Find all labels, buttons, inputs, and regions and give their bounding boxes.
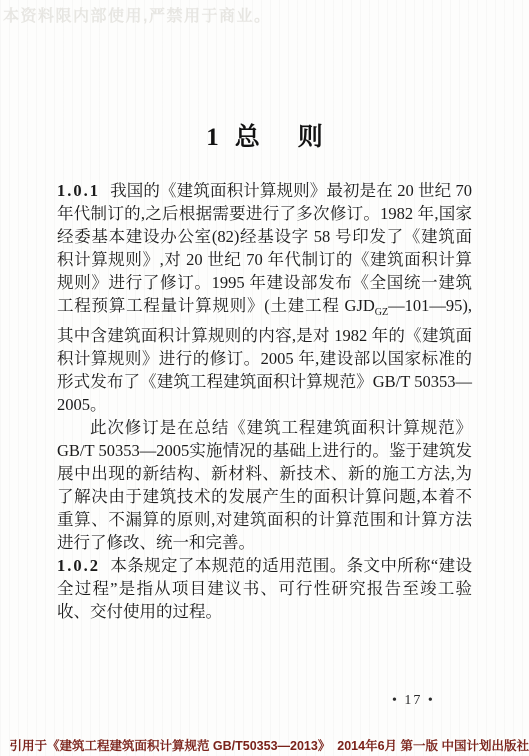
- chapter-number: 1: [206, 124, 219, 151]
- clause-1-0-1: 1.0.1我国的《建筑面积计算规则》最初是在 20 世纪 70 年代制订的,之后…: [57, 179, 472, 416]
- chapter-title-word-1: 总: [235, 124, 260, 151]
- internal-use-watermark: 本资料限内部使用,严禁用于商业。: [3, 3, 271, 26]
- scanned-document-page: 本资料限内部使用,严禁用于商业。 1总则 1.0.1我国的《建筑面积计算规则》最…: [0, 0, 529, 756]
- page-number: • 17 •: [392, 693, 435, 709]
- chapter-title: 1总则: [0, 117, 529, 153]
- clause-1-0-1-number: 1.0.1: [57, 181, 100, 200]
- citation-footer: 引用于《建筑工程建筑面积计算规范 GB/T50353—2013》 2014年6月…: [9, 736, 529, 754]
- clause-1-0-2: 1.0.2本条规定了本规范的适用范围。条文中所称“建设全过程”是指从项目建议书、…: [57, 554, 472, 623]
- chapter-title-word-2: 则: [298, 124, 323, 151]
- clause-1-0-2-text: 本条规定了本规范的适用范围。条文中所称“建设全过程”是指从项目建议书、可行性研究…: [57, 556, 472, 621]
- clause-1-0-1-text-before-subscript: 我国的《建筑面积计算规则》最初是在 20 世纪 70 年代制订的,之后根据需要进…: [57, 181, 472, 315]
- gjd-gz-subscript: GZ: [375, 307, 388, 318]
- revision-note-paragraph: 此次修订是在总结《建筑工程建筑面积计算规范》GB/T 50353—2005实施情…: [57, 416, 472, 554]
- clause-1-0-2-number: 1.0.2: [57, 556, 100, 575]
- body-text-block: 1.0.1我国的《建筑面积计算规则》最初是在 20 世纪 70 年代制订的,之后…: [57, 179, 472, 623]
